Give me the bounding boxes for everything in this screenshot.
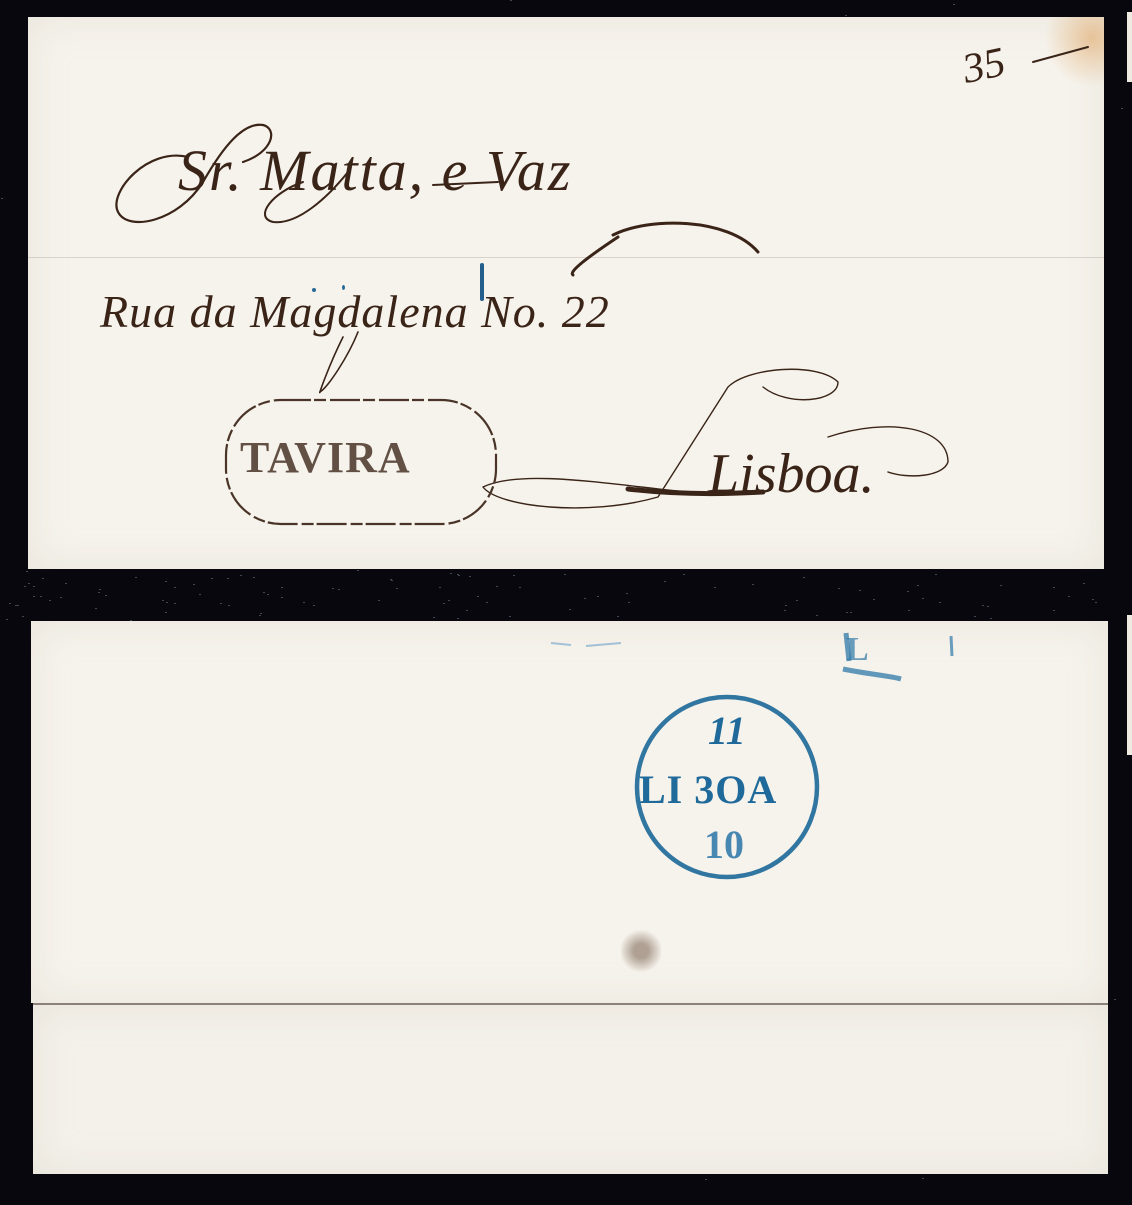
speck — [220, 603, 222, 604]
speck — [26, 571, 28, 572]
speck — [49, 600, 51, 601]
speck — [496, 586, 498, 587]
speck — [705, 1179, 707, 1180]
speck — [859, 590, 861, 591]
speck — [466, 610, 468, 611]
speck — [332, 588, 334, 589]
speck — [510, 0, 512, 1]
ink-speck — [480, 263, 484, 301]
letter-back: 11 LI 3OA 10 L — [31, 621, 1108, 1003]
speck — [211, 578, 213, 579]
speck — [816, 615, 818, 616]
arrival-postmark-city: LI 3OA — [639, 766, 777, 813]
speck — [683, 574, 685, 575]
speck — [1095, 602, 1097, 603]
address-line-2: Rua da Magdalena No. 22 — [100, 285, 610, 338]
speck — [838, 588, 840, 589]
speck — [227, 578, 229, 579]
speck — [617, 616, 619, 617]
speck — [1053, 610, 1055, 611]
speck — [65, 583, 67, 584]
speck — [1114, 999, 1116, 1000]
speck — [469, 576, 471, 577]
speck — [263, 592, 265, 593]
arrival-postmark-ring — [31, 621, 1108, 1003]
speck — [982, 605, 984, 606]
speck — [1053, 587, 1055, 588]
speck — [450, 573, 452, 574]
speck — [1083, 583, 1085, 584]
arrival-postmark-month: 10 — [704, 821, 744, 868]
adjacent-item-edge — [1127, 615, 1132, 755]
speck — [908, 610, 910, 611]
speck — [584, 598, 586, 599]
speck — [509, 616, 511, 617]
speck — [174, 603, 176, 604]
speck — [378, 600, 380, 601]
speck — [33, 596, 35, 597]
speck — [33, 586, 35, 587]
speck — [105, 595, 107, 596]
speck — [457, 618, 459, 619]
speck — [953, 4, 955, 5]
speck — [443, 603, 445, 604]
speck — [433, 617, 435, 618]
speck — [628, 602, 630, 603]
speck — [24, 586, 26, 587]
speck — [165, 612, 167, 613]
speck — [162, 600, 164, 601]
speck — [990, 618, 992, 619]
speck — [935, 574, 937, 575]
speck — [486, 602, 488, 603]
speck — [99, 589, 101, 590]
speck — [597, 596, 599, 597]
speck — [60, 597, 62, 598]
speck — [784, 610, 786, 611]
destination-city: Lisboa. — [708, 442, 875, 506]
speck — [1092, 599, 1094, 600]
speck — [513, 575, 515, 576]
speck — [165, 581, 167, 582]
origin-postmark-text: TAVIRA — [240, 432, 411, 483]
speck — [974, 616, 976, 617]
speck — [714, 587, 716, 588]
speck — [939, 602, 941, 603]
ink-speck — [312, 288, 316, 292]
speck — [98, 592, 100, 593]
seal-residue — [621, 921, 661, 981]
speck — [281, 597, 283, 598]
speck — [873, 599, 875, 600]
speck — [9, 603, 11, 604]
speck — [267, 594, 269, 595]
speck — [917, 585, 919, 586]
speck — [477, 596, 479, 597]
speck — [850, 612, 852, 613]
speck — [922, 598, 924, 599]
speck — [357, 570, 359, 571]
speck — [40, 596, 42, 597]
speck — [193, 584, 195, 585]
speck — [259, 615, 261, 616]
speck — [448, 600, 450, 601]
speck — [228, 605, 230, 606]
speck — [439, 587, 441, 588]
speck — [458, 575, 460, 576]
speck — [752, 584, 754, 585]
adjacent-item-edge — [1127, 12, 1132, 82]
speck — [803, 577, 805, 578]
partial-postmark: L — [846, 631, 869, 669]
speck — [1121, 108, 1123, 109]
letter-front: 35 Sr. Matta, e Vaz Rua da Magdalena No.… — [28, 17, 1104, 569]
speck — [664, 581, 666, 582]
speck — [253, 577, 255, 578]
speck — [922, 1178, 924, 1179]
speck — [391, 580, 393, 581]
speck — [338, 589, 340, 590]
arrival-postmark-day: 11 — [708, 707, 746, 754]
speck — [42, 578, 44, 579]
speck — [240, 575, 242, 576]
speck — [626, 593, 628, 594]
speck — [796, 600, 798, 601]
speck — [22, 616, 24, 617]
letter-back-flap — [33, 1003, 1108, 1174]
speck — [95, 608, 97, 609]
speck — [313, 605, 315, 606]
speck — [396, 588, 398, 589]
speck — [28, 583, 30, 584]
speck — [846, 612, 848, 613]
speck — [281, 587, 283, 588]
speck — [174, 587, 176, 588]
speck — [17, 605, 19, 606]
speck — [785, 605, 787, 606]
speck — [1068, 596, 1070, 597]
speck — [135, 577, 137, 578]
speck — [519, 587, 521, 588]
ink-speck — [342, 285, 345, 290]
speck — [987, 606, 989, 607]
speck — [166, 602, 168, 603]
speck — [907, 591, 909, 592]
speck — [303, 602, 305, 603]
speck — [6, 619, 8, 620]
speck — [1000, 585, 1002, 586]
speck — [199, 594, 201, 595]
speck — [1, 198, 3, 199]
speck — [564, 574, 566, 575]
address-line-1: Sr. Matta, e Vaz — [178, 137, 573, 204]
speck — [569, 609, 571, 610]
